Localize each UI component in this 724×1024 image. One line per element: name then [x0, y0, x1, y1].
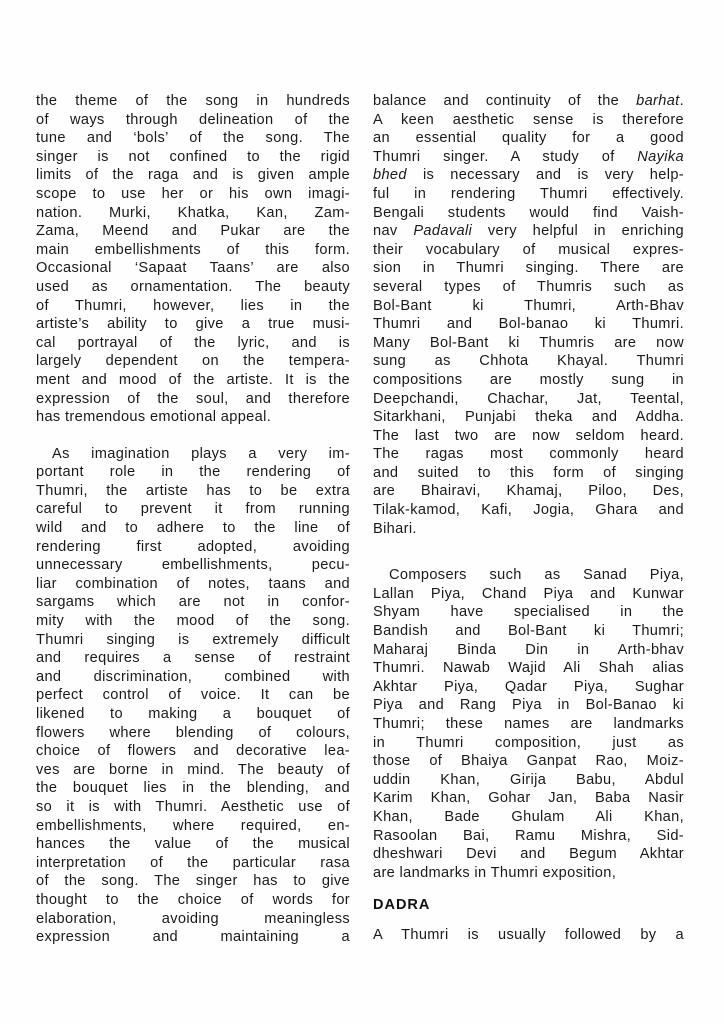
text-line: Thumri and Bol-banao ki Thumri.: [373, 315, 684, 334]
text-run: nav: [373, 223, 413, 239]
text-line: and suited to this form of singing: [373, 464, 684, 483]
italic-term: barhat: [636, 93, 679, 109]
text-line: likened to making a bouquet of: [36, 705, 350, 724]
text-line: several types of Thumris such as: [373, 278, 684, 297]
text-line: rendering first adopted, avoiding: [36, 538, 350, 557]
text-line: of ways through delineation of the: [36, 111, 350, 130]
paragraph-gap: [373, 538, 684, 566]
text-line: As imagination plays a very im-: [36, 445, 350, 464]
italic-term: Padavali: [413, 223, 472, 239]
text-line: The last two are now seldom heard.: [373, 427, 684, 446]
text-line: interpretation of the particular rasa: [36, 854, 350, 873]
text-line: in Thumri composition, just as: [373, 734, 684, 753]
text-line: nation. Murki, Khatka, Kan, Zam-: [36, 204, 350, 223]
text-line: the theme of the song in hundreds: [36, 92, 350, 111]
text-line: and requires a sense of restraint: [36, 649, 350, 668]
text-line: Lallan Piya, Chand Piya and Kunwar: [373, 585, 684, 604]
text-line: dheshwari Devi and Begum Akhtar: [373, 845, 684, 864]
left-paragraph-2: As imagination plays a very im- portant …: [36, 445, 350, 947]
text-line: those of Bhaiya Ganpat Rao, Moiz-: [373, 752, 684, 771]
text-line: and discrimination, combined with: [36, 668, 350, 687]
text-run: is necessary and is very help-: [407, 167, 684, 183]
text-line: cal portrayal of the lyric, and is: [36, 334, 350, 353]
text-line: Thumri. Nawab Wajid Ali Shah alias: [373, 659, 684, 678]
section-heading: DADRA: [373, 894, 684, 916]
text-line: scope to use her or his own imagi-: [36, 185, 350, 204]
text-line: elaboration, avoiding meaningless: [36, 910, 350, 929]
text-line: used as ornamentation. The beauty: [36, 278, 350, 297]
text-line: Shyam have specialised in the: [373, 603, 684, 622]
italic-term: Nayika: [637, 149, 684, 165]
text-line: wild and to adhere to the line of: [36, 519, 350, 538]
text-line: artiste’s ability to give a true musi-: [36, 315, 350, 334]
text-line: Zama, Meend and Pukar are the: [36, 222, 350, 241]
text-line: Thumri; these names are landmarks: [373, 715, 684, 734]
text-line: flowers where blending of colours,: [36, 724, 350, 743]
text-line: their vocabulary of musical expres-: [373, 241, 684, 260]
text-line: Sitarkhani, Punjabi theka and Addha.: [373, 408, 684, 427]
text-line: expression of the soul, and therefore: [36, 390, 350, 409]
text-line: the bouquet lies in the blending, and: [36, 779, 350, 798]
text-line: Thumri, the artiste has to be extra: [36, 482, 350, 501]
text-line: embellishments, where required, en-: [36, 817, 350, 836]
text-line: balance and continuity of the barhat.: [373, 92, 684, 111]
text-line: Maharaj Binda Din in Arth-bhav: [373, 641, 684, 660]
text-line: uddin Khan, Girija Babu, Abdul: [373, 771, 684, 790]
text-line: careful to prevent it from running: [36, 500, 350, 519]
text-line: Many Bol-Bant ki Thumris are now: [373, 334, 684, 353]
text-line: liar combination of notes, taans and: [36, 575, 350, 594]
text-line: sion in Thumri singing. There are: [373, 259, 684, 278]
text-line: Karim Khan, Gohar Jan, Baba Nasir: [373, 789, 684, 808]
text-run: very helpful in enriching: [472, 223, 684, 239]
text-line: Deepchandi, Chachar, Jat, Teental,: [373, 390, 684, 409]
text-run: balance and continuity of the: [373, 93, 636, 109]
text-line: are Bhairavi, Khamaj, Piloo, Des,: [373, 482, 684, 501]
text-line: so it is with Thumri. Aesthetic use of: [36, 798, 350, 817]
text-line: Composers such as Sanad Piya,: [373, 566, 684, 585]
text-line: largely dependent on the tempera-: [36, 352, 350, 371]
document-page: the theme of the song in hundreds of way…: [0, 0, 724, 1024]
text-line: are landmarks in Thumri exposition,: [373, 864, 684, 883]
text-line: expression and maintaining a: [36, 928, 350, 947]
text-line: main embellishments of this form.: [36, 241, 350, 260]
text-line: thought to the choice of words for: [36, 891, 350, 910]
text-line: ful in rendering Thumri effectively.: [373, 185, 684, 204]
text-line: ves are borne in mind. The beauty of: [36, 761, 350, 780]
text-run: .: [680, 93, 684, 109]
text-line: The ragas most commonly heard: [373, 445, 684, 464]
text-line: ment and mood of the artiste. It is the: [36, 371, 350, 390]
right-paragraph-1: balance and continuity of the barhat. A …: [373, 92, 684, 538]
text-line: choice of flowers and decorative lea-: [36, 742, 350, 761]
text-line: singer is not confined to the rigid: [36, 148, 350, 167]
text-line: bhed is necessary and is very help-: [373, 166, 684, 185]
text-line: portant role in the rendering of: [36, 463, 350, 482]
text-line: hances the value of the musical: [36, 835, 350, 854]
left-paragraph-1: the theme of the song in hundreds of way…: [36, 92, 350, 427]
italic-term: bhed: [373, 167, 407, 183]
text-line: Khan, Bade Ghulam Ali Khan,: [373, 808, 684, 827]
text-line: Akhtar Piya, Qadar Piya, Sughar: [373, 678, 684, 697]
left-column: the theme of the song in hundreds of way…: [36, 92, 350, 947]
text-line: A keen aesthetic sense is therefore: [373, 111, 684, 130]
text-line: nav Padavali very helpful in enriching: [373, 222, 684, 241]
text-line: tune and ‘bols’ of the song. The: [36, 129, 350, 148]
text-line: Bandish and Bol-Bant ki Thumri;: [373, 622, 684, 641]
text-line: Bihari.: [373, 520, 684, 539]
text-line: Tilak-kamod, Kafi, Jogia, Ghara and: [373, 501, 684, 520]
text-line: Bol-Bant ki Thumri, Arth-Bhav: [373, 297, 684, 316]
text-line: of the song. The singer has to give: [36, 872, 350, 891]
text-line: Occasional ‘Sapaat Taans’ are also: [36, 259, 350, 278]
right-column: balance and continuity of the barhat. A …: [373, 92, 684, 945]
text-line: an essential quality for a good: [373, 129, 684, 148]
text-line: Thumri singer. A study of Nayika: [373, 148, 684, 167]
text-line: Rasoolan Bai, Ramu Mishra, Sid-: [373, 827, 684, 846]
paragraph-gap: [36, 427, 350, 445]
text-line: Piya and Rang Piya in Bol-Banao ki: [373, 696, 684, 715]
text-line: compositions are mostly sung in: [373, 371, 684, 390]
text-line: A Thumri is usually followed by a: [373, 926, 684, 945]
text-line: sargams which are not in confor-: [36, 593, 350, 612]
text-line: of Thumri, however, lies in the: [36, 297, 350, 316]
right-paragraph-3: A Thumri is usually followed by a: [373, 926, 684, 945]
text-line: has tremendous emotional appeal.: [36, 408, 350, 427]
text-line: Bengali students would find Vaish-: [373, 204, 684, 223]
text-line: sung as Chhota Khayal. Thumri: [373, 352, 684, 371]
text-line: Thumri singing is extremely difficult: [36, 631, 350, 650]
text-line: perfect control of voice. It can be: [36, 686, 350, 705]
right-paragraph-2: Composers such as Sanad Piya, Lallan Piy…: [373, 566, 684, 882]
text-line: limits of the raga and is given ample: [36, 166, 350, 185]
text-line: unnecessary embellishments, pecu-: [36, 556, 350, 575]
text-run: Thumri singer. A study of: [373, 149, 637, 165]
text-line: mity with the mood of the song.: [36, 612, 350, 631]
